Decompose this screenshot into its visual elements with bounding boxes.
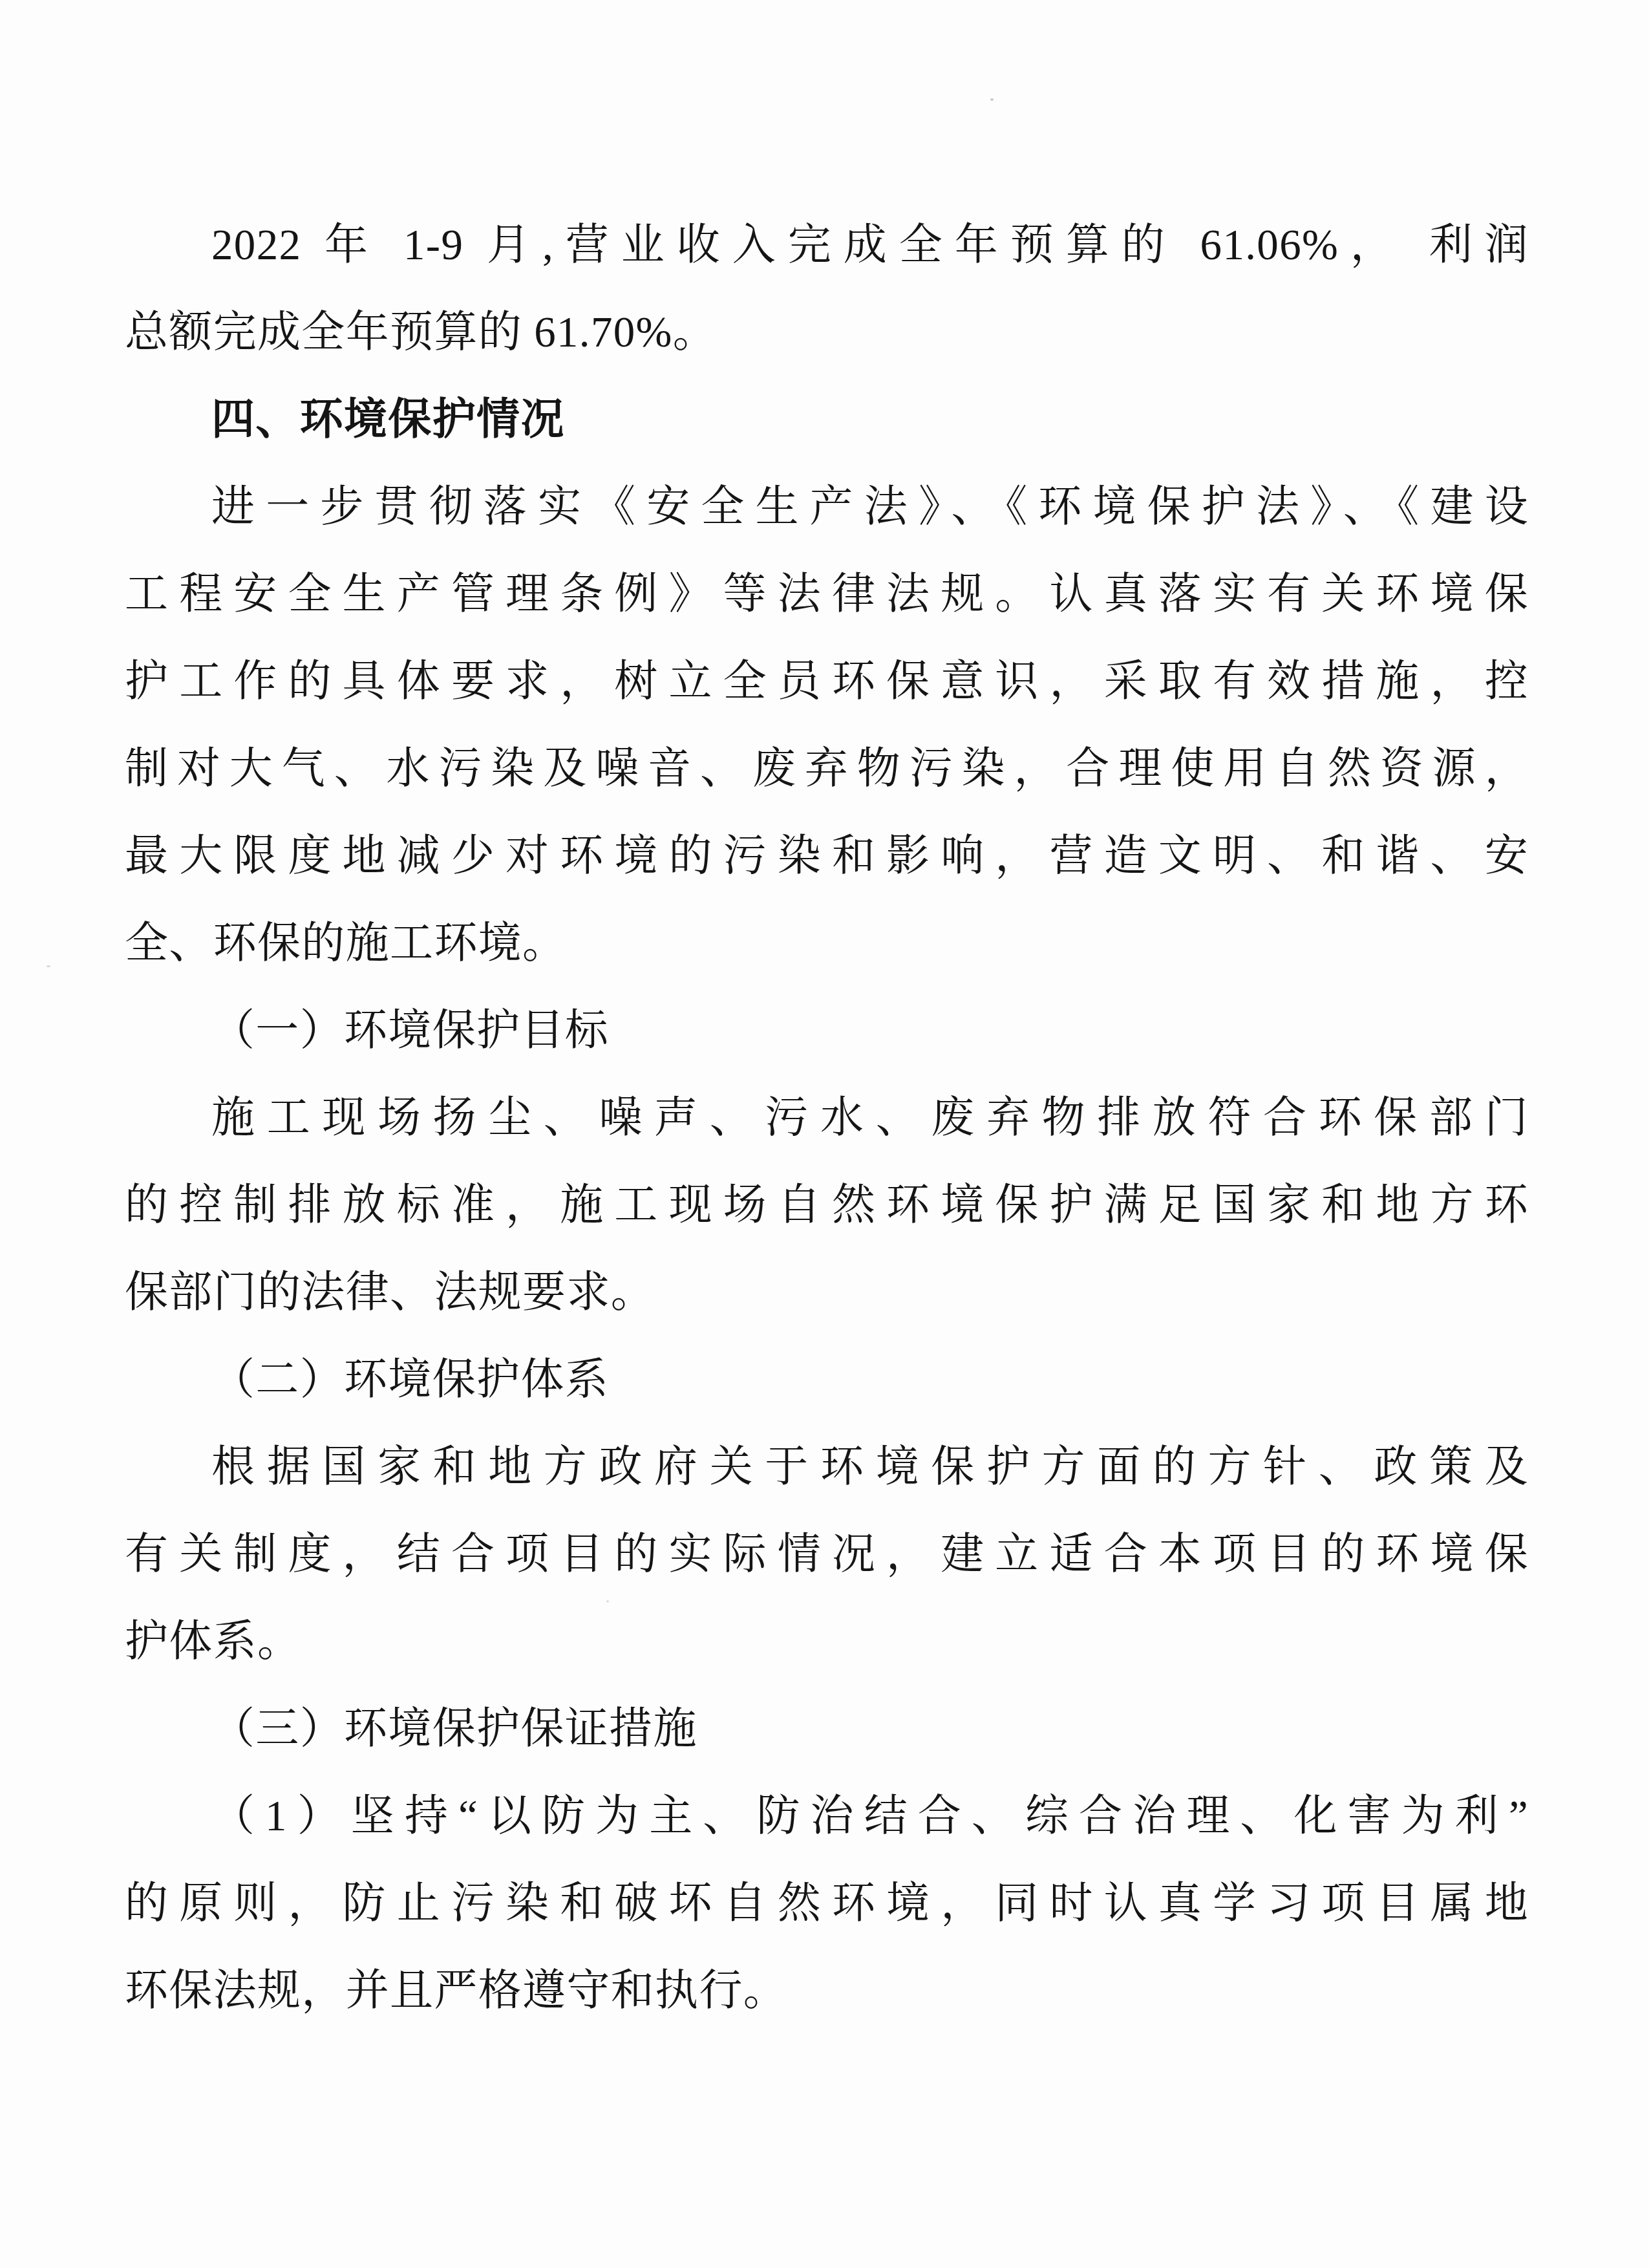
body-line: 全、环保的施工环境。 — [125, 900, 1529, 987]
body-line: 最大限度地减少对环境的污染和影响，营造文明、和谐、安 — [125, 813, 1529, 900]
body-line: 护体系。 — [125, 1598, 1529, 1685]
body-line: 的控制排放标准，施工现场自然环境保护满足国家和地方环 — [125, 1162, 1529, 1249]
subheading-protection-system: （二）环境保护体系 — [125, 1336, 1529, 1424]
subheading-protection-measures: （三）环境保护保证措施 — [125, 1685, 1529, 1773]
body-line: （1）坚持“以防为主、防治结合、综合治理、化害为利” — [125, 1773, 1529, 1860]
scan-speck — [47, 965, 50, 967]
body-line: 总额完成全年预算的 61.70%。 — [125, 289, 1529, 376]
body-line: 护工作的具体要求，树立全员环保意识，采取有效措施，控 — [125, 638, 1529, 725]
body-line: 根据国家和地方政府关于环境保护方面的方针、政策及 — [125, 1424, 1529, 1511]
body-line: 的原则，防止污染和破坏自然环境，同时认真学习项目属地 — [125, 1860, 1529, 1947]
body-line: 保部门的法律、法规要求。 — [125, 1249, 1529, 1336]
scan-speck — [990, 98, 994, 101]
body-line: 进一步贯彻落实《安全生产法》、《环境保护法》、《建设 — [125, 464, 1529, 551]
body-line: 环保法规，并且严格遵守和执行。 — [125, 1947, 1529, 2035]
text-block: 2022 年 1-9 月,营业收入完成全年预算的 61.06%， 利润 总额完成… — [125, 202, 1529, 2035]
subheading-protection-goals: （一）环境保护目标 — [125, 987, 1529, 1075]
body-line: 施工现场扬尘、噪声、污水、废弃物排放符合环保部门 — [125, 1075, 1529, 1162]
body-line: 制对大气、水污染及噪音、废弃物污染，合理使用自然资源， — [125, 725, 1529, 813]
document-page: 2022 年 1-9 月,营业收入完成全年预算的 61.06%， 利润 总额完成… — [0, 0, 1649, 2268]
body-line: 工程安全生产管理条例》等法律法规。认真落实有关环境保 — [125, 551, 1529, 638]
body-line: 有关制度，结合项目的实际情况，建立适合本项目的环境保 — [125, 1511, 1529, 1598]
body-line: 2022 年 1-9 月,营业收入完成全年预算的 61.06%， 利润 — [125, 202, 1529, 289]
heading-environment-protection: 四、环境保护情况 — [125, 376, 1529, 464]
